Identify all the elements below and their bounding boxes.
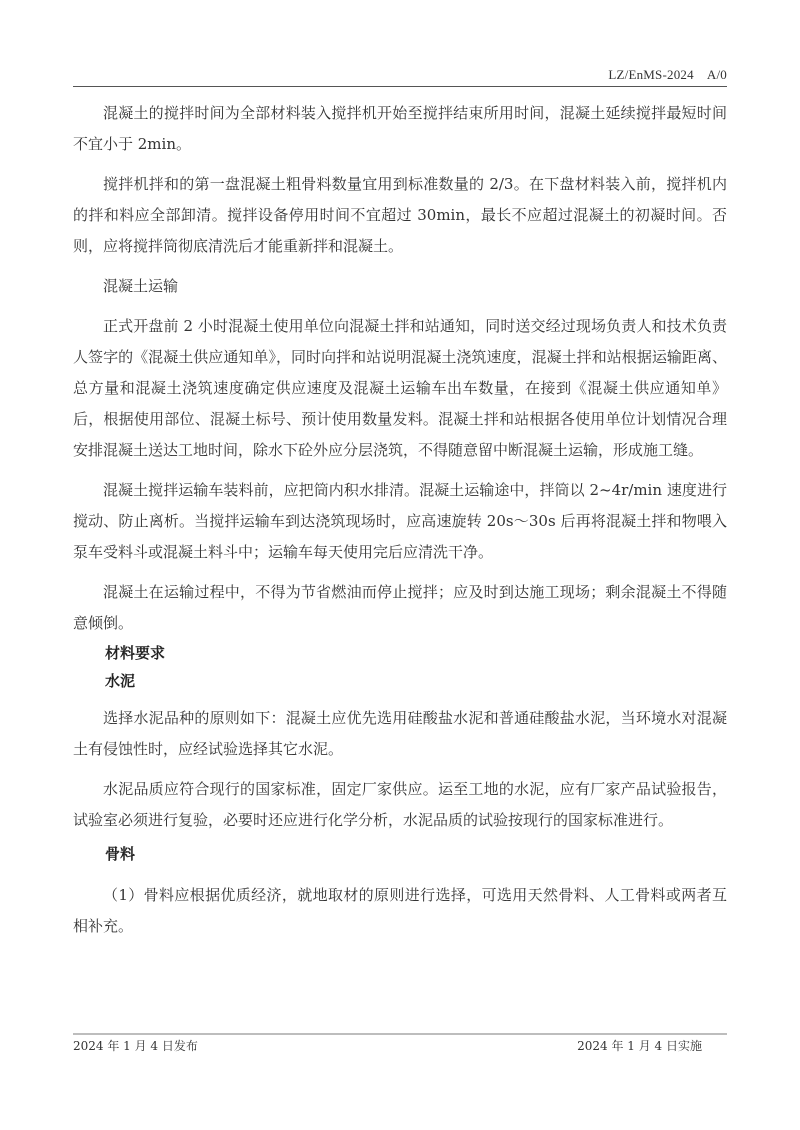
effective-date: 2024 年 1 月 4 日实施 xyxy=(577,1037,702,1054)
heading-aggregate: 骨料 xyxy=(73,842,727,866)
document-page: LZ/EnMS-2024 A/0 混凝土的搅拌时间为全部材料装入搅拌机开始至搅拌… xyxy=(0,0,800,1130)
issue-date: 2024 年 1 月 4 日发布 xyxy=(73,1037,198,1054)
paragraph-transport-rules: 混凝土在运输过程中，不得为节省燃油而停止搅拌；应及时到达施工现场；剩余混凝土不得… xyxy=(73,577,727,639)
paragraph-supply-notice: 正式开盘前 2 小时混凝土使用单位向混凝土拌和站通知，同时送交经过现场负责人和技… xyxy=(73,311,727,466)
section-title-concrete-transport: 混凝土运输 xyxy=(73,271,727,302)
paragraph-aggregate-selection: （1）骨料应根据优质经济，就地取材的原则进行选择，可选用天然骨料、人工骨料或两者… xyxy=(73,880,727,942)
heading-cement: 水泥 xyxy=(73,669,727,693)
paragraph-cement-selection: 选择水泥品种的原则如下：混凝土应优先选用硅酸盐水泥和普通硅酸盐水泥，当环境水对混… xyxy=(73,703,727,765)
paragraph-cement-quality: 水泥品质应符合现行的国家标准，固定厂家供应。运至工地的水泥，应有厂家产品试验报告… xyxy=(73,774,727,836)
header-divider xyxy=(73,86,727,87)
footer-divider xyxy=(73,1033,727,1035)
paragraph-first-batch: 搅拌机拌和的第一盘混凝土粗骨料数量宜用到标准数量的 2/3。在下盘材料装入前，搅… xyxy=(73,169,727,262)
paragraph-mixing-time: 混凝土的搅拌时间为全部材料装入搅拌机开始至搅拌结束所用时间，混凝土延续搅拌最短时… xyxy=(73,98,727,160)
paragraph-transport-truck: 混凝土搅拌运输车装料前，应把筒内积水排清。混凝土运输途中，拌筒以 2~4r/mi… xyxy=(73,475,727,568)
heading-material-requirements: 材料要求 xyxy=(73,641,727,665)
document-body: 混凝土的搅拌时间为全部材料装入搅拌机开始至搅拌结束所用时间，混凝土延续搅拌最短时… xyxy=(73,98,727,951)
document-code: LZ/EnMS-2024 A/0 xyxy=(608,67,727,83)
